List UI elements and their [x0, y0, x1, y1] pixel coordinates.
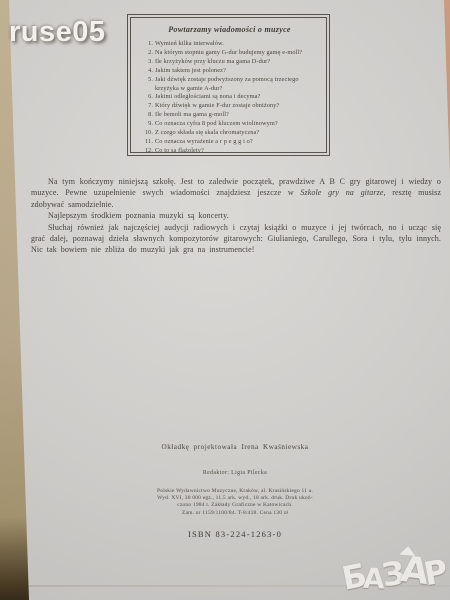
quiz-question: Jakim taktem jest polonez?: [155, 67, 318, 76]
closing-paragraph-1: Na tym kończymy niniejszą szkołę. Jest t…: [31, 176, 441, 210]
quiz-question: Ile krzyżyków przy kluczu ma gama D-dur?: [155, 58, 318, 67]
cover-design-credit: Okładkę projektowała Irena Kwaśniewska: [29, 443, 441, 451]
photo-background: Powtarzamy wiadomości o muzyce Wymień ki…: [0, 0, 450, 600]
marketplace-watermark: БАЗАР: [341, 552, 445, 595]
imprint-line: Zam. nr 1159/1100/84. T-8/418. Cena 130 …: [29, 510, 441, 517]
book-page: Powtarzamy wiadomości o muzyce Wymień ki…: [0, 0, 450, 600]
imprint-line: Polskie Wydawnictwo Muzyczne, Kraków, al…: [29, 488, 441, 495]
seller-watermark: ruse05: [9, 16, 106, 49]
closing-text-block: Na tym kończymy niniejszą szkołę. Jest t…: [31, 176, 441, 256]
imprint-line: czono 1984 r. Zakłady Graficzne w Katowi…: [29, 502, 441, 509]
quiz-box-inner-frame: Powtarzamy wiadomości o muzyce Wymień ki…: [130, 17, 327, 153]
quiz-question: Z czego składa się skala chromatyczna?: [155, 129, 318, 138]
quiz-box-title: Powtarzamy wiadomości o muzyce: [139, 25, 320, 35]
quiz-question: Wymień kilka interwałów.: [155, 40, 318, 49]
marketplace-watermark-text: БАЗАР: [341, 552, 445, 595]
quiz-question: Jakimi odległościami są nona i decyma?: [155, 93, 318, 102]
quiz-question: Co to są flażolety?: [155, 147, 318, 153]
imprint-block: Polskie Wydawnictwo Muzyczne, Kraków, al…: [29, 488, 441, 517]
editor-credit: Redaktor: Ligia Pilecka: [29, 470, 441, 476]
quiz-question: Który dźwięk w gamie F-dur zostaje obniż…: [155, 102, 318, 111]
isbn-number: ISBN 83-224-1263-0: [29, 529, 441, 539]
bazar-hat-icon: [399, 546, 416, 556]
quiz-question: Co oznacza wyrażenie a r p e g g i o?: [155, 138, 318, 147]
book-title-reference: Szkole gry na gitarze,: [300, 188, 385, 197]
closing-paragraph-3: Słuchaj również jak najczęściej audycji …: [31, 222, 441, 256]
quiz-box: Powtarzamy wiadomości o muzyce Wymień ki…: [127, 14, 330, 156]
quiz-question: Ile bemoli ma gama g-moll?: [155, 111, 318, 120]
quiz-question: Co oznacza cyfra 8 pod kluczem wiolinowy…: [155, 120, 318, 129]
quiz-question: Na którym stopniu gamy G-dur budujemy ga…: [155, 49, 318, 58]
quiz-question-list: Wymień kilka interwałów. Na którym stopn…: [141, 40, 320, 153]
quiz-question: Jaki dźwięk zostaje podwyższony za pomoc…: [155, 76, 318, 94]
closing-paragraph-2: Najlepszym środkiem poznania muzyki są k…: [31, 210, 441, 221]
